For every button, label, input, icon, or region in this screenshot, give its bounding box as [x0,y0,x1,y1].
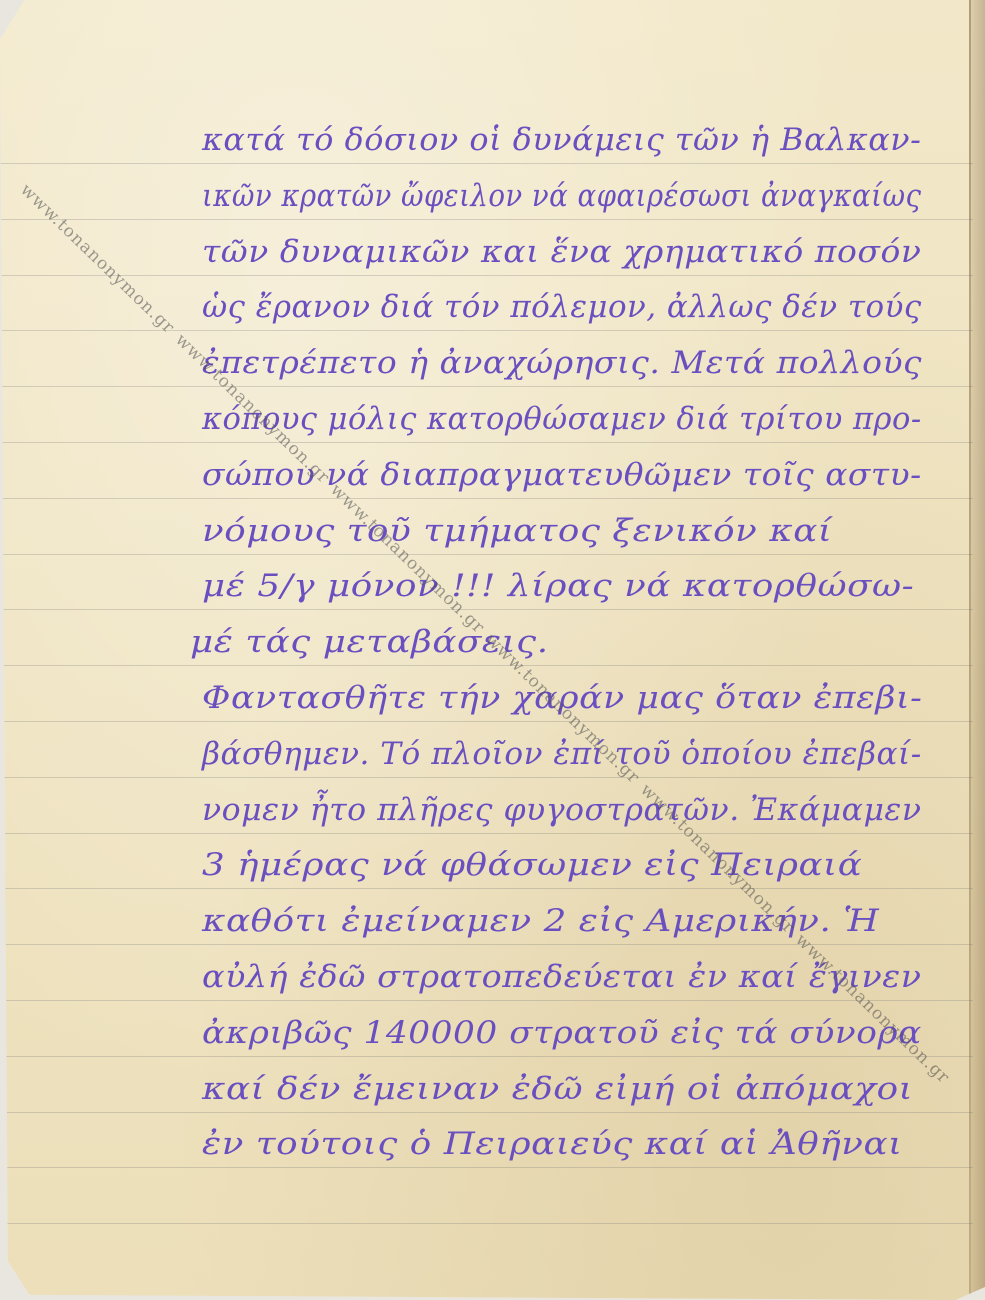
ruled-line [0,777,973,778]
ruled-line [0,275,973,276]
ruled-line [0,888,973,889]
text-line: ἐπετρέπετο ἡ ἀναχώρησις. Μετά πολλούς [202,345,922,381]
ruled-line [0,609,973,610]
ruled-line [0,721,973,722]
text-line: κατά τό δόσιον οἱ δυνάμεις τῶν ἡ Βαλκαν- [202,122,921,158]
text-line: βάσθημεν. Τό πλοῖον ἐπί τοῦ ὁποίου ἐπεβα… [202,736,922,772]
ruled-line [0,1223,973,1224]
text-line: ἀκριβῶς 140000 στρατοῦ εἰς τά σύνορα [202,1015,922,1051]
watermark: www.tonanonymon.gr [16,180,179,338]
ruled-line [0,944,973,945]
ruled-line [0,833,973,834]
ruled-line [0,1056,973,1057]
text-line: 3 ἡμέρας νά φθάσωμεν εἰς Πειραιά [202,847,862,883]
binding-edge [969,0,971,1300]
ruled-line [0,386,973,387]
watermark: www.tonanonymon.gr [326,480,489,638]
text-line: ἐν τούτοις ὁ Πειραιεύς καί αἱ Ἀθῆναι [202,1126,903,1162]
text-line: κόπους μόλις κατορθώσαμεν διά τρίτου προ… [202,401,922,437]
ruled-line [0,1167,973,1168]
text-line: νόμους τοῦ τμήματος ξενικόν καί [202,513,832,549]
text-line: μέ 5/γ μόνον !!! λίρας νά κατορθώσω- [202,568,914,604]
ruled-line [0,554,973,555]
text-line: νομεν ἦτο πλῆρες φυγοστρατῶν. Ἐκάμαμεν [202,792,922,828]
ruled-line [0,163,973,164]
ruled-line [0,498,973,499]
manuscript-page: κατά τό δόσιον οἱ δυνάμεις τῶν ἡ Βαλκαν-… [0,0,985,1300]
text-line: ικῶν κρατῶν ὤφειλον νά αφαιρέσωσι ἀναγκα… [202,178,921,214]
text-line: τῶν δυναμικῶν και ἕνα χρηματικό ποσόν [202,234,922,270]
ruled-line [0,1112,973,1113]
ruled-line [0,1000,973,1001]
binding-shadow [971,0,985,1300]
watermark: www.tonanonymon.gr [791,930,954,1088]
ruled-line [0,665,973,666]
ruled-line [0,442,973,443]
ruled-line [0,219,973,220]
ruled-line [0,330,973,331]
text-line: ὡς ἔρανον διά τόν πόλεμον, ἀλλως δέν τού… [202,289,922,325]
text-line: καί δέν ἔμειναν ἐδῶ εἰμή οἱ ἀπόμαχοι [202,1071,913,1107]
